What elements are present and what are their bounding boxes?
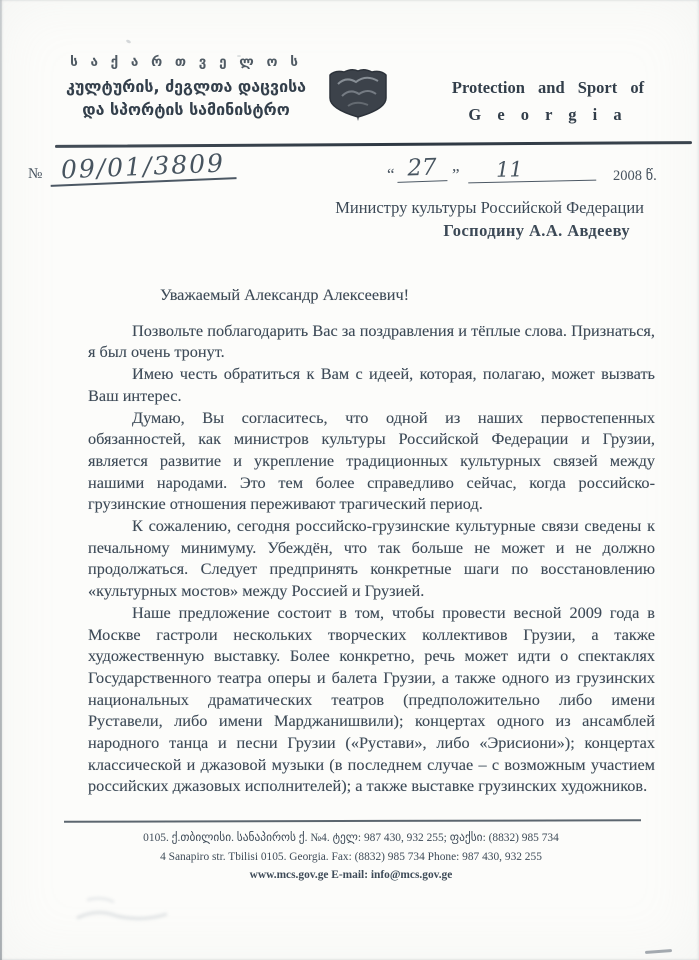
salutation: Уважаемый Александр Алексеевич! <box>88 284 655 306</box>
ministry-name-english: Protection and Sport of G e o r g i a <box>404 74 692 128</box>
ministry-name-georgian-line3: და სპორტის სამინისტრო <box>52 98 320 121</box>
date-open-quote: “ <box>387 165 395 185</box>
footer-address-english: 4 Sanapiro str. Tbilisi 0105. Georgia. F… <box>70 848 632 867</box>
scan-corner-artifact <box>645 949 672 954</box>
ministry-name-georgian: ს ა ქ ა რ თ ვ ე ლ ო ს კულტურის, ძეგლთა დ… <box>52 54 320 121</box>
reference-number-label: № <box>28 166 42 183</box>
addressee-title: Министру культуры Российской Федерации <box>244 197 644 220</box>
footer-divider-rule <box>64 819 641 822</box>
letter-body: Уважаемый Александр Алексеевич! Позвольт… <box>88 284 655 797</box>
ministry-name-english-line2: G e o r g i a <box>404 101 692 128</box>
addressee-block: Министру культуры Российской Федерации Г… <box>244 197 644 242</box>
footer-address-georgian: 0105. ქ.თბილისი. სანაპიროს ქ. №4. ტელ: 9… <box>70 829 632 848</box>
ministry-name-english-line1: Protection and Sport of <box>404 74 692 101</box>
scanned-letter-page: ს ა ქ ა რ თ ვ ე ლ ო ს კულტურის, ძეგლთა დ… <box>0 0 699 960</box>
footer-web-email: www.mcs.gov.ge E-mail: info@mcs.gov.ge <box>70 866 632 885</box>
scan-smudge-artifact <box>72 888 242 936</box>
paragraph-1: Позвольте поблагодарить Вас за поздравле… <box>88 320 655 363</box>
date-year: 2008 წ. <box>613 168 657 185</box>
georgia-coat-of-arms-icon <box>326 66 390 127</box>
header-divider-rule <box>55 141 692 148</box>
ministry-name-georgian-line2: კულტურის, ძეგლთა დაცვისა <box>52 75 320 98</box>
reference-number-handwritten: 09/01/3809 <box>49 148 236 187</box>
scan-speck-artifact <box>237 55 241 57</box>
scan-speck-artifact <box>126 39 132 44</box>
ministry-name-georgian-line1: ს ა ქ ა რ თ ვ ე ლ ო ს <box>52 54 320 70</box>
paragraph-3: Думаю, Вы согласитесь, что одной из наши… <box>88 407 655 516</box>
scan-edge-artifact <box>0 0 2 960</box>
date-close-quote: ” <box>452 165 460 185</box>
date-day-handwritten: 27 <box>397 154 448 183</box>
addressee-name: Господину А.А. Авдееву <box>244 220 644 243</box>
date-month-handwritten: 11 <box>468 156 596 184</box>
footer-contact-block: 0105. ქ.თბილისი. სანაპიროს ქ. №4. ტელ: 9… <box>70 829 632 885</box>
paragraph-5: Наше предложение состоит в том, чтобы пр… <box>88 602 655 797</box>
paragraph-2: Имею честь обратиться к Вам с идеей, кот… <box>88 363 655 406</box>
paragraph-4: К сожалению, сегодня российско-грузински… <box>88 515 655 602</box>
